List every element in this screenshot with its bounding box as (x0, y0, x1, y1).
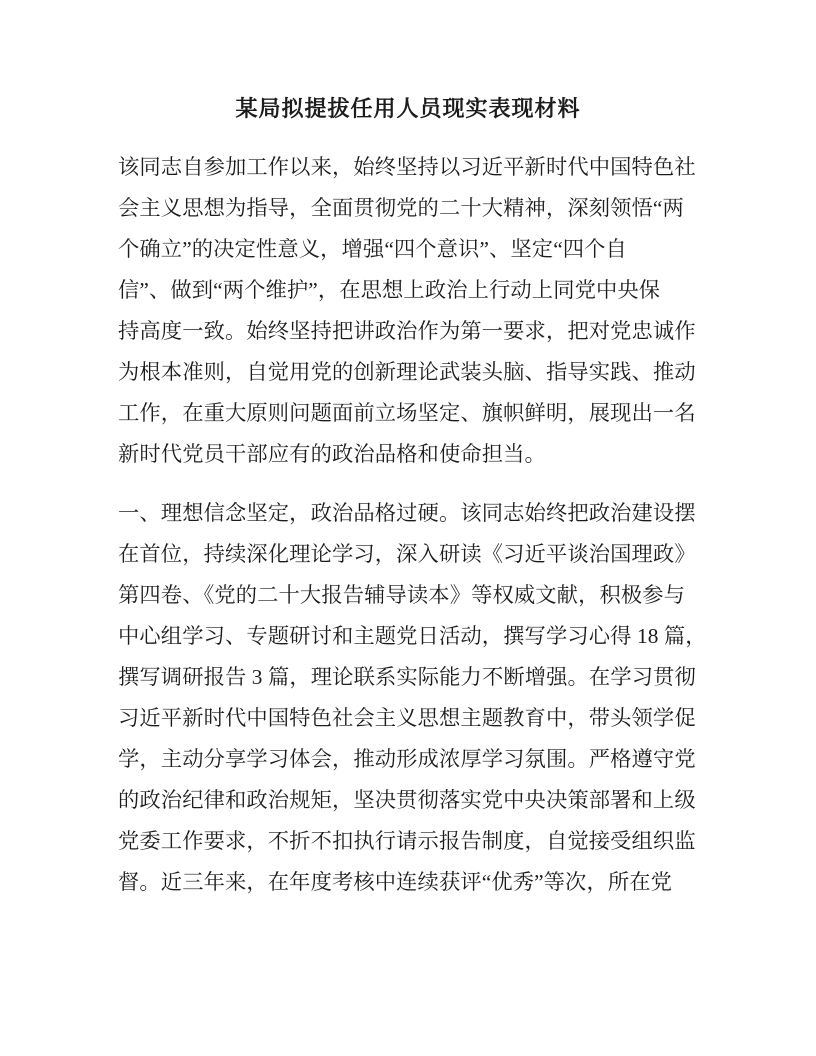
text-line: 习近平新时代中国特色社会主义思想主题教育中，带头领学促 (118, 698, 698, 739)
text-line: 撰写调研报告 3 篇，理论联系实际能力不断增强。在学习贯彻 (118, 657, 698, 698)
text-line: 该同志自参加工作以来，始终坚持以习近平新时代中国特色社 (118, 147, 698, 188)
text-line: 个确立”的决定性意义，增强“四个意识”、坚定“四个自 (118, 229, 698, 270)
text-line: 一、理想信念坚定，政治品格过硬。该同志始终把政治建设摆 (118, 493, 698, 534)
text-line: 督。近三年来，在年度考核中连续获评“优秀”等次，所在党 (118, 862, 698, 903)
text-line: 党委工作要求，不折不扣执行请示报告制度，自觉接受组织监 (118, 821, 698, 862)
text-line: 为根本准则，自觉用党的创新理论武装头脑、指导实践、推动 (118, 352, 698, 393)
text-line: 信”、做到“两个维护”，在思想上政治上行动上同党中央保 (118, 270, 698, 311)
text-line: 工作，在重大原则问题面前立场坚定、旗帜鲜明，展现出一名 (118, 393, 698, 434)
text-line: 学，主动分享学习体会，推动形成浓厚学习氛围。严格遵守党 (118, 739, 698, 780)
text-line: 在首位，持续深化理论学习，深入研读《习近平谈治国理政》 (118, 534, 698, 575)
text-line: 持高度一致。始终坚持把讲政治作为第一要求，把对党忠诚作 (118, 311, 698, 352)
paragraph-intro: 该同志自参加工作以来，始终坚持以习近平新时代中国特色社 会主义思想为指导，全面贯… (118, 147, 698, 475)
document-content: 某局拟提拔任用人员现实表现材料 该同志自参加工作以来，始终坚持以习近平新时代中国… (118, 88, 698, 921)
document-page: 某局拟提拔任用人员现实表现材料 该同志自参加工作以来，始终坚持以习近平新时代中国… (0, 0, 816, 1056)
text-line: 的政治纪律和政治规矩，坚决贯彻落实党中央决策部署和上级 (118, 780, 698, 821)
paragraph-section-one: 一、理想信念坚定，政治品格过硬。该同志始终把政治建设摆 在首位，持续深化理论学习… (118, 493, 698, 903)
text-line: 新时代党员干部应有的政治品格和使命担当。 (118, 434, 698, 475)
text-line: 第四卷、《党的二十大报告辅导读本》等权威文献，积极参与 (118, 575, 698, 616)
text-line: 会主义思想为指导，全面贯彻党的二十大精神，深刻领悟“两 (118, 188, 698, 229)
document-title: 某局拟提拔任用人员现实表现材料 (118, 88, 698, 129)
text-line: 中心组学习、专题研讨和主题党日活动，撰写学习心得 18 篇， (118, 616, 698, 657)
